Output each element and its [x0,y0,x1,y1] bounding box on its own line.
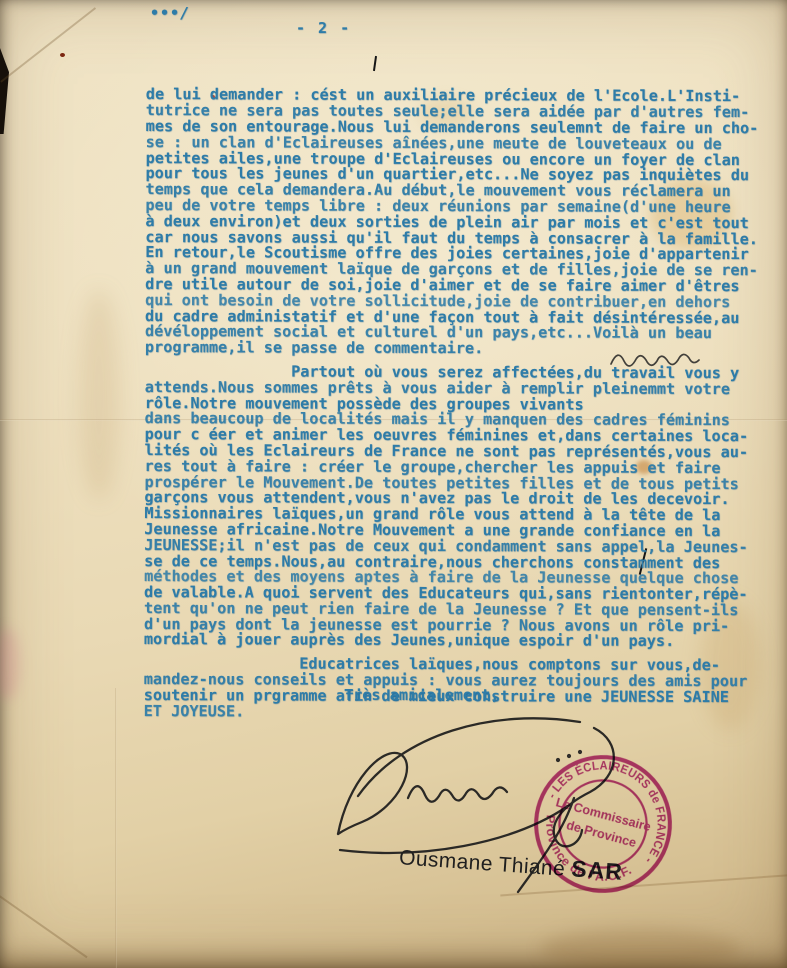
continuation-mark: •••/ [150,4,190,22]
letter-body: de lui demander : cést un auxiliaire pré… [144,40,759,730]
paper-stain [540,928,740,968]
handwritten-annotation [608,344,708,374]
ink-speck [60,53,65,57]
text-line: mordial à jouer auprès des Jeunes,unique… [144,632,757,650]
text-line: se : un clan d'Eclaireuses aînées,une me… [146,135,759,153]
official-stamp: - LES ÉCLAIREURS de FRANCE - Province de… [524,745,681,902]
fold-crease [115,688,117,968]
page-number: - 2 - [296,19,351,37]
scanned-letter-page: •••/ - 2 - de lui demander : cést un aux… [0,0,787,968]
paper-stain [78,290,120,500]
text-line: à un grand mouvement laïque de garçons e… [145,261,758,279]
text-line: tutrice ne sera pas toutes seule;elle se… [146,103,759,121]
text-line: attends.Nous sommes prêts à vous aider à… [145,380,758,398]
text-line: qui ont besoin de votre sollicitude,joie… [145,293,758,311]
text-line: prospérer le Mouvement.De toutes petites… [144,475,757,493]
paragraph: Partout où vous serez affectées,du trava… [144,364,758,650]
text-line: méthodes et des moyens aptes à faire de … [144,569,757,587]
text-line: peu de votre temps libre : deux réunions… [145,198,758,216]
text-line: JEUNESSE;il n'est pas de ceux qui condam… [144,538,757,556]
paragraph: de lui demander : cést un auxiliaire pré… [145,87,759,358]
text-line: d'un pays dont la jeunesse est pourrie ?… [144,617,757,635]
text-line: dans beaucoup de localités mais il y man… [145,411,758,429]
